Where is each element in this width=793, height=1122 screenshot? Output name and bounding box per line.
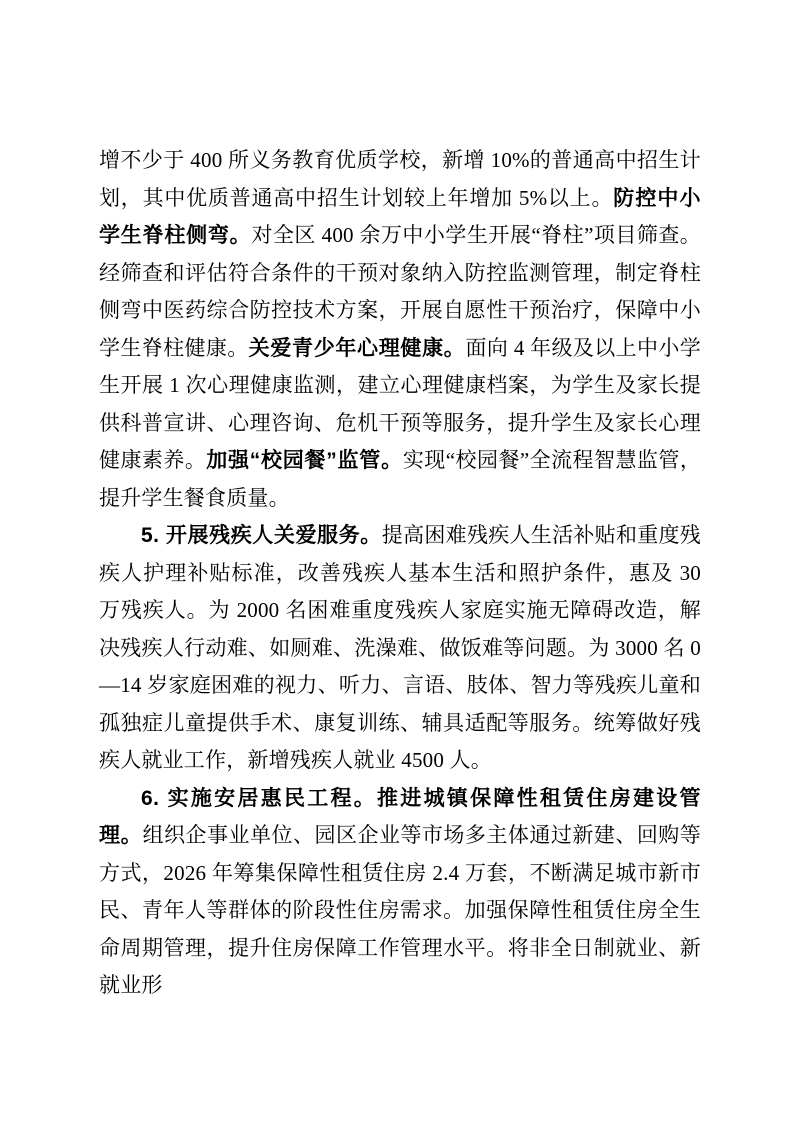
paragraph: 5. 开展残疾人关爱服务。提高困难残疾人生活补贴和重度残疾人护理补贴标准，改善残… xyxy=(99,517,701,780)
text-run: 增不少于 400 所义务教育优质学校，新增 10%的普通高中招生计划，其中优质普… xyxy=(99,148,701,210)
text-run: 组织企事业单位、园区企业等市场多主体通过新建、回购等方式，2026 年筹集保障性… xyxy=(99,823,701,997)
paragraph: 增不少于 400 所义务教育优质学校，新增 10%的普通高中招生计划，其中优质普… xyxy=(99,142,701,517)
document-body: 增不少于 400 所义务教育优质学校，新增 10%的普通高中招生计划，其中优质普… xyxy=(99,142,701,1005)
paragraph: 6. 实施安居惠民工程。推进城镇保障性租赁住房建设管理。组织企事业单位、园区企业… xyxy=(99,780,701,1005)
bold-heading-run: 关爱青少年心理健康。 xyxy=(249,337,466,360)
document-page: 增不少于 400 所义务教育优质学校，新增 10%的普通高中招生计划，其中优质普… xyxy=(0,0,793,1122)
text-run: 提高困难残疾人生活补贴和重度残疾人护理补贴标准，改善残疾人基本生活和照护条件，惠… xyxy=(99,523,701,772)
bold-heading-run: 6. 实施安居惠民工程。 xyxy=(141,787,377,810)
bold-heading-run: 5. 开展残疾人关爱服务。 xyxy=(141,524,382,547)
bold-heading-run: 加强“校园餐”监管。 xyxy=(206,449,403,472)
